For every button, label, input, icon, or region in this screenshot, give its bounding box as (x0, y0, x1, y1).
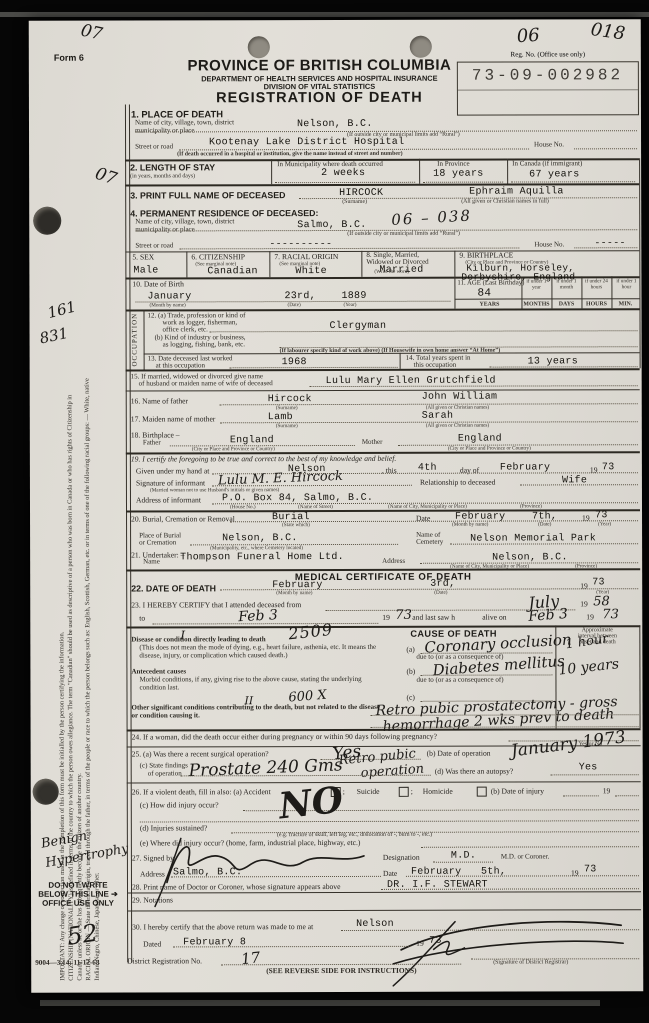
rule (186, 251, 187, 277)
s25-d-value: Yes (579, 762, 598, 773)
handwritten-161: 161 (46, 297, 78, 321)
scanned-death-certificate: Form 6 07 07 161 831 IMPORTANT: Any chan… (0, 0, 649, 1023)
s19-rel-label: Relationship to deceased (420, 479, 496, 488)
rule (126, 389, 640, 391)
s11-col2-top: if under 1 month (553, 278, 579, 290)
s11-min: MIN. (612, 301, 638, 307)
rule (507, 159, 508, 184)
s20-cem-note: (Municipality, etc., where Cemetery loca… (210, 545, 303, 551)
s20-state-note: (State which) (282, 522, 310, 528)
s27-addr-label: Address (140, 870, 165, 878)
suicide-checkbox (399, 787, 409, 797)
rule (310, 384, 638, 387)
form-number: Form 6 (54, 53, 84, 63)
rule (574, 246, 637, 248)
rule (275, 181, 415, 183)
rule (361, 251, 362, 277)
s10-label: 10. Date of Birth (132, 280, 183, 288)
s11-hours: HOURS (582, 301, 610, 307)
rule (140, 819, 639, 822)
s30-reverse-note: (SEE REVERSE SIDE FOR INSTRUCTIONS) (266, 966, 416, 975)
rule (421, 845, 639, 848)
s23-alive-hw: Feb 3 (528, 606, 569, 625)
s26-semi2: ; (411, 788, 413, 796)
s30-dated-label: Dated (143, 940, 161, 948)
rule (454, 277, 455, 309)
s25-c-hw1: Prostate 240 Gms (188, 755, 343, 781)
s26-homicide-label: Homicide (423, 788, 453, 796)
hole-punch-left-lower (33, 779, 59, 805)
registration-title: REGISTRATION OF DEATH (147, 90, 492, 107)
hole-punch-top-right (410, 36, 432, 58)
s23-saw: and last saw h (412, 614, 455, 622)
rule (271, 159, 272, 184)
handwritten-52: 52 (65, 919, 99, 951)
rule (210, 329, 638, 332)
s25-c-hw3: operation (360, 762, 424, 782)
rule (406, 874, 639, 877)
s5-value: Male (133, 265, 158, 276)
s21-name-label: Name (143, 558, 160, 566)
s17-given-note: (All given or Christian names) (426, 423, 489, 429)
rule (520, 483, 638, 485)
s25-d-label: (d) Was there an autopsy? (435, 768, 514, 777)
s8-value: Married (379, 265, 423, 276)
s25-c-label-2: of operation (148, 770, 182, 778)
s23-to: to (139, 614, 145, 622)
s25-a-label: 25. (a) Was there a recent surgical oper… (132, 750, 269, 759)
rule (419, 159, 420, 184)
rule (400, 353, 401, 369)
form-border-outer (125, 105, 128, 963)
rule (574, 147, 637, 149)
s2-col2-value: 18 years (433, 169, 483, 180)
s18-mother-label: Mother (362, 439, 383, 447)
arrow-icon: ➔ (111, 890, 118, 899)
s4-handwritten-code: 06 – 038 (391, 207, 473, 229)
rule (423, 181, 503, 183)
s1-house-label: House No. (534, 141, 564, 149)
do-not-write-block: DO NOT WRITE BELOW THIS LINE ➔ OFFICE US… (31, 881, 125, 908)
s26-suicide-label: Suicide (357, 788, 380, 796)
province-title: PROVINCE OF BRITISH COLUMBIA (147, 57, 492, 75)
s2-col1-value: 2 weeks (321, 168, 365, 179)
s10-date-note: (Date) (287, 302, 300, 308)
s6-value: Canadian (207, 266, 257, 277)
certificate-paper: Form 6 07 07 161 831 IMPORTANT: Any chan… (29, 19, 644, 993)
hole-punch-left-upper (33, 207, 61, 235)
s30-dist-label: District Registration No. (127, 957, 202, 966)
rule (639, 625, 640, 728)
s17-surname-note: (Surname) (276, 423, 298, 429)
s30-year: 73 (429, 936, 442, 947)
handwritten-06: 06 (516, 25, 540, 48)
s23-19a: 19 (580, 600, 588, 608)
s1-street-label: Street or road (135, 143, 173, 151)
s29-label: 29. Notations (132, 896, 173, 904)
rule (212, 484, 412, 487)
s24-label: 24. If a woman, did the death occur eith… (132, 733, 437, 742)
s4-house-label: House No. (534, 241, 564, 249)
s15-label-2: of husband or maiden name of wife of dec… (139, 380, 273, 388)
rule (639, 158, 641, 368)
reg-no-divider (458, 89, 638, 90)
medical-certificate-title: MEDICAL CERTIFICATE OF DEATH (126, 571, 640, 583)
s28-label: 28. Print name of Doctor or Coroner, who… (132, 883, 340, 892)
reg-no-value: 73-09-002982 (472, 66, 623, 84)
s3-given-note: (All given or Christian names in full) (461, 198, 549, 204)
page-edge-bottom (40, 1000, 600, 1006)
doctor-signature-scrawl (159, 832, 374, 889)
s17-label: 17. Maiden name of mother (131, 415, 216, 424)
s23-to-year-hw: 73 (395, 608, 412, 623)
s4-rural-note: (If outside city or municipal limits add… (347, 231, 460, 237)
s2-col3-label: In Canada (if immigrant) (512, 160, 582, 168)
reg-no-label: Reg. No. (Office use only) (457, 50, 639, 58)
do-not-write-line3: OFFICE USE ONLY (31, 899, 125, 908)
s30-label: 30. I hereby certify that the above retu… (132, 923, 313, 932)
s23-to-hw: Feb 3 (238, 607, 278, 625)
s20-label: 20. Burial, Cremation or Removal (131, 515, 235, 524)
s12-b2: as logging, fishing, bank, etc. (163, 341, 245, 349)
s26-b-label: (b) Date of injury (491, 787, 544, 795)
s1-hospital-note: (If death occurred in a hospital or inst… (177, 151, 402, 158)
form-code: 9004—3.14: 11-12-68 (35, 959, 99, 967)
s11-label: 11. AGE (Last Birthday) (457, 280, 524, 288)
s1-street-value: Kootenay Lake District Hospital (209, 137, 404, 149)
s16-label: 16. Name of father (131, 397, 188, 405)
s2-title: 2. LENGTH OF STAY (130, 162, 215, 172)
rule (551, 773, 639, 775)
s23-alive: alive on (482, 614, 506, 622)
rule (127, 781, 641, 783)
cause-a-label: (a) (406, 646, 414, 654)
form-border-inner (129, 105, 132, 963)
cause-antecedent-note: Morbid conditions, if any, giving rise t… (139, 676, 384, 692)
s23-alive-year-hw: 73 (602, 607, 619, 622)
s25-b-label: (b) Date of operation (427, 750, 491, 759)
s11-days: DAYS (552, 301, 580, 307)
s3-surname-note: (Surname) (342, 199, 367, 205)
s11-col3-top: if under 24 hours (583, 278, 609, 290)
handwritten-07-margin: 07 (93, 164, 120, 190)
s26-19: 19 (603, 787, 611, 795)
rule (179, 247, 519, 250)
s22-date-note: (Date) (434, 590, 447, 596)
cause-other-label: Other significant conditions contributin… (132, 704, 382, 720)
s11-months: MONTHS (522, 301, 550, 307)
s20-date-note: (Date) (538, 521, 551, 527)
rule (173, 945, 411, 948)
handwritten-018: 018 (589, 19, 626, 44)
s19-certify: 19. I certify the foregoing to be true a… (131, 455, 396, 464)
s21-name-value: Thompson Funeral Home Ltd. (180, 552, 344, 563)
s22-month-note: (Month by name) (276, 590, 312, 596)
s5-label: 5. SEX (132, 253, 154, 261)
s27-des-value: M.D. (451, 851, 476, 862)
s26-semi1: ; (343, 788, 345, 796)
rule (127, 891, 641, 893)
s16-given: John William (422, 392, 498, 403)
cause-disease-note: (This does not mean the mode of dying, e… (139, 644, 379, 660)
s7-value: White (295, 266, 327, 277)
s3-title: 3. PRINT FULL NAME OF DECEASED (130, 190, 285, 200)
s27-date-label: Date (383, 870, 397, 878)
s2-sub: (in years, months and days) (130, 173, 195, 179)
s26-c-label: (c) How did injury occur? (140, 801, 219, 810)
handwritten-831: 831 (38, 324, 70, 348)
cause-b-label: (b) (406, 668, 415, 676)
s23-19b: 19 (382, 614, 390, 622)
handwritten-07-top: 07 (79, 21, 104, 45)
s20-year-note: (Year) (598, 521, 611, 527)
rule (381, 887, 639, 890)
s27-des-label: Designation (383, 854, 420, 862)
s22-label: 22. DATE OF DEATH (131, 583, 216, 593)
do-not-write-line2: BELOW THIS LINE ➔ (31, 890, 125, 899)
s23-19c: 19 (586, 613, 594, 621)
rule (563, 794, 599, 796)
s11-col4-top: if under 1 hour (613, 278, 639, 290)
s2-col3-value: 67 years (529, 169, 579, 180)
s2-col2-label: In Province (437, 161, 469, 169)
s18-father-label: Father (143, 439, 161, 447)
rule (454, 251, 455, 277)
rule (126, 368, 640, 371)
s21-addr-label: Address (382, 558, 405, 566)
s30-19: 19 (416, 940, 424, 948)
hole-punch-top-left (248, 36, 270, 58)
s11-years: YEARS (459, 302, 519, 308)
homicide-checkbox (477, 787, 487, 797)
cause-b-interval: 10 years (558, 656, 620, 678)
s16-surname-note: (Surname) (276, 405, 298, 411)
s25-b-hw: January 1973 (510, 727, 627, 761)
s30-registrar-note: (Signature of District Registrar) (493, 959, 568, 965)
rule (615, 794, 639, 796)
rule (450, 542, 638, 544)
s1-city-value: Nelson, B.C. (297, 119, 373, 130)
rule (269, 251, 270, 277)
reg-no-box: 73-09-002982 (457, 61, 639, 115)
page-edge-top (0, 12, 649, 17)
rule (126, 509, 640, 512)
occupation-vertical-label: OCCUPATION (130, 315, 138, 367)
s26-label: 26. If a violent death, fill in also: (a… (132, 788, 271, 797)
s20-month-note: (Month by name) (452, 522, 488, 528)
s19-addr-label: Address of informant (136, 496, 201, 505)
s20-cem-label-2: Cemetery (416, 539, 443, 547)
s11-col1-top: if under 1 year (523, 278, 549, 290)
s27-md-note: M.D. or Coroner. (501, 853, 549, 861)
rule (511, 180, 635, 182)
s4-street-label: Street or road (135, 242, 173, 250)
s20-place-label-2: or Cremation (139, 539, 176, 547)
cause-b-dueto: due to (or as a consequence of) (416, 677, 503, 685)
do-not-write-line1: DO NOT WRITE (31, 881, 125, 890)
s10-year-note: (Year) (343, 302, 356, 308)
rule (490, 365, 638, 367)
rule (143, 310, 144, 370)
s10-month-note: (Month by name) (149, 302, 185, 308)
s19-given-at: Given under my hand at (136, 467, 209, 476)
